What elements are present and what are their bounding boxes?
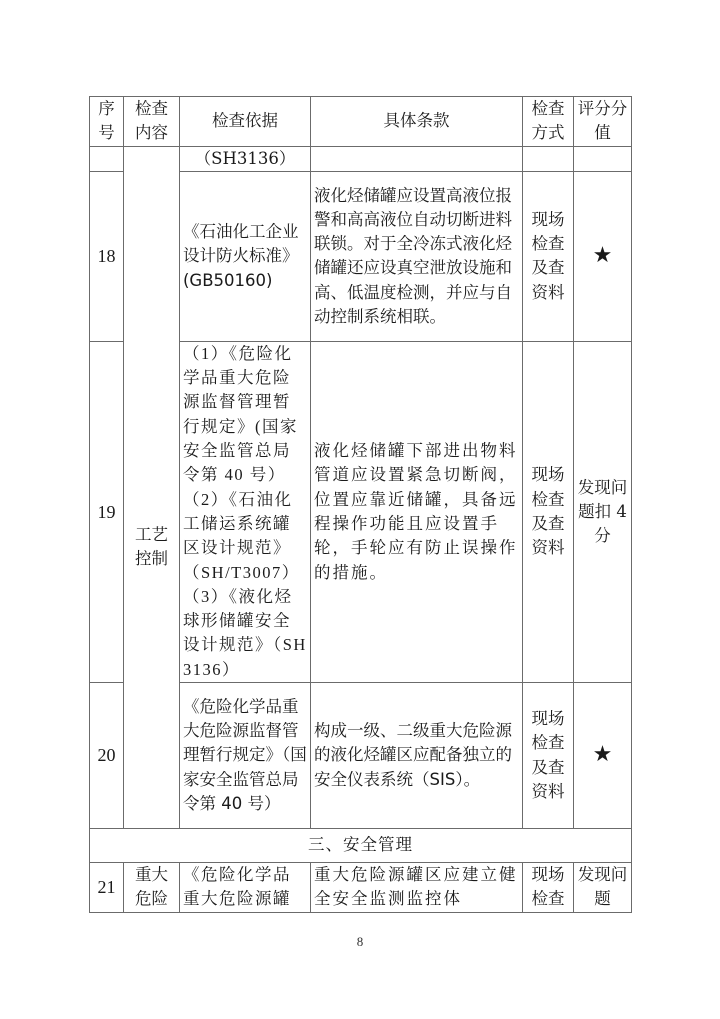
row-method: 现场检查 xyxy=(523,863,574,913)
cont-clause xyxy=(311,146,523,171)
row-method: 现场检查及查资料 xyxy=(523,341,574,682)
row-seq: 18 xyxy=(90,171,124,341)
row-clause: 构成一级、二级重大危险源的液化烃罐区应配备独立的安全仪表系统（SIS）。 xyxy=(311,683,523,829)
inspection-table: 序号 检查内容 检查依据 具体条款 检查方式 评分分值 工艺控制 （SH3136… xyxy=(89,96,632,913)
header-seq: 序号 xyxy=(90,97,124,147)
row-seq: 21 xyxy=(90,863,124,913)
continuation-row: 工艺控制 （SH3136） xyxy=(90,146,632,171)
row-method: 现场检查及查资料 xyxy=(523,683,574,829)
star-icon: ★ xyxy=(574,683,632,829)
row-clause: 重大危险源罐区应建立健全安全监测监控体 xyxy=(311,863,523,913)
header-score: 评分分值 xyxy=(574,97,632,147)
row-content: 重大危险 xyxy=(124,863,180,913)
cont-seq xyxy=(90,146,124,171)
cont-basis: （SH3136） xyxy=(180,146,311,171)
row-basis: （1）《危险化学品重大危险源监督管理暂行规定》(国家安全监管总局令第 40 号）… xyxy=(180,341,311,682)
table-row: 21 重大危险 《危险化学品重大危险源罐 重大危险源罐区应建立健全安全监测监控体… xyxy=(90,863,632,913)
header-method: 检查方式 xyxy=(523,97,574,147)
row-basis: 《石油化工企业设计防火标准》(GB50160) xyxy=(180,171,311,341)
header-basis: 检查依据 xyxy=(180,97,311,147)
star-icon: ★ xyxy=(574,171,632,341)
row-seq: 19 xyxy=(90,341,124,682)
group-content-cell: 工艺控制 xyxy=(124,146,180,828)
document-page: 序号 检查内容 检查依据 具体条款 检查方式 评分分值 工艺控制 （SH3136… xyxy=(0,0,720,1019)
section-row: 三、安全管理 xyxy=(90,829,632,863)
row-basis: 《危险化学品重大危险源监督管理暂行规定》（国家安全监管总局令第 40 号） xyxy=(180,683,311,829)
row-clause: 液化烃储罐应设置高液位报警和高高液位自动切断进料联锁。对于全冷冻式液化烃储罐还应… xyxy=(311,171,523,341)
row-seq: 20 xyxy=(90,683,124,829)
section-title: 三、安全管理 xyxy=(90,829,632,863)
row-score: 发现问题扣 4 分 xyxy=(574,341,632,682)
row-clause: 液化烃储罐下部进出物料管道应设置紧急切断阀，位置应靠近储罐，具备远程操作功能且应… xyxy=(311,341,523,682)
row-method: 现场检查及查资料 xyxy=(523,171,574,341)
row-basis: 《危险化学品重大危险源罐 xyxy=(180,863,311,913)
header-content: 检查内容 xyxy=(124,97,180,147)
cont-score xyxy=(574,146,632,171)
cont-method xyxy=(523,146,574,171)
group-content: 工艺控制 xyxy=(127,403,176,572)
header-row: 序号 检查内容 检查依据 具体条款 检查方式 评分分值 xyxy=(90,97,632,147)
page-number: 8 xyxy=(352,934,368,950)
header-clause: 具体条款 xyxy=(311,97,523,147)
row-score: 发现问题 xyxy=(574,863,632,913)
